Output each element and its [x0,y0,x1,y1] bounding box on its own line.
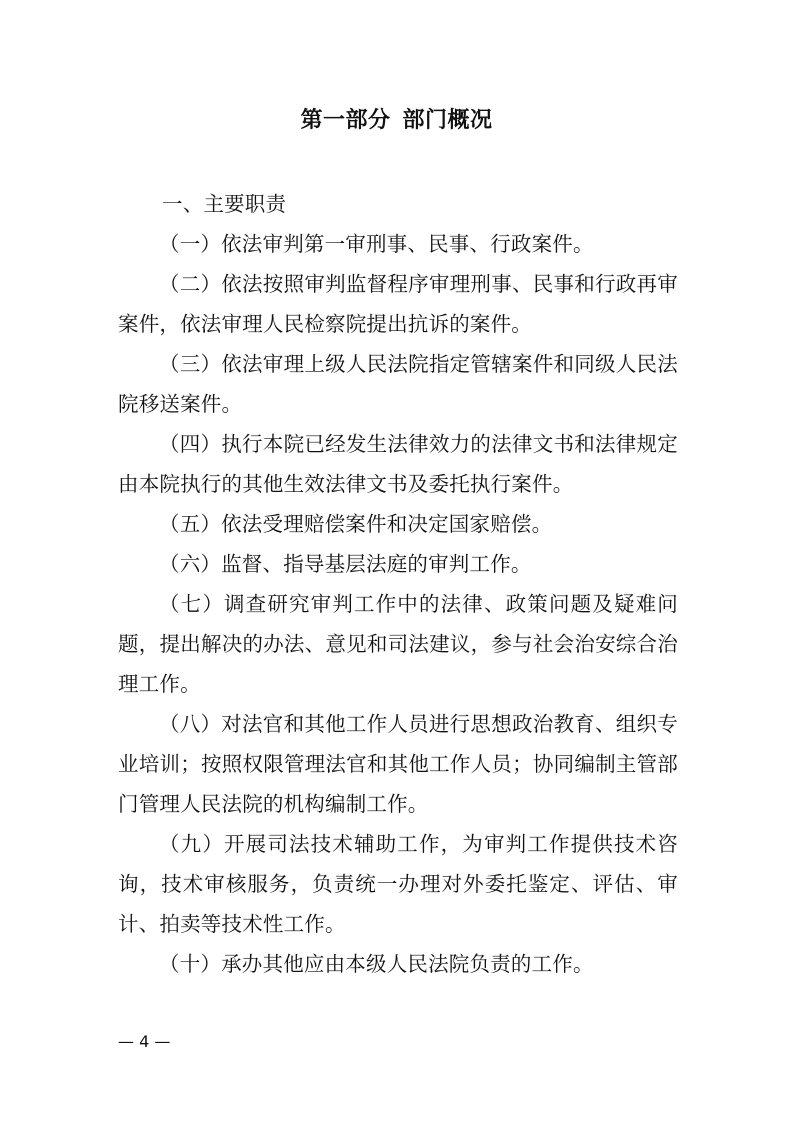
duty-item-1: （一）依法审判第一审刑事、民事、行政案件。 [118,224,678,264]
duty-item-3: （三）依法审理上级人民法院指定管辖案件和同级人民法院移送案件。 [118,344,678,424]
duty-item-2: （二）依法按照审判监督程序审理刑事、民事和行政再审案件，依法审理人民检察院提出抗… [118,264,678,344]
title-name: 部门概况 [403,107,493,133]
duty-item-5: （五）依法受理赔偿案件和决定国家赔偿。 [118,504,678,544]
duty-item-6: （六）监督、指导基层法庭的审判工作。 [118,544,678,584]
page-number: — 4 — [118,1030,170,1054]
title-part: 第一部分 [300,107,390,133]
duty-item-9: （九）开展司法技术辅助工作，为审判工作提供技术咨询，技术审核服务，负责统一办理对… [118,824,678,944]
duty-item-10: （十）承办其他应由本级人民法院负责的工作。 [118,944,678,984]
duty-item-7: （七）调查研究审判工作中的法律、政策问题及疑难问题，提出解决的办法、意见和司法建… [118,584,678,704]
duty-item-4: （四）执行本院已经发生法律效力的法律文书和法律规定由本院执行的其他生效法律文书及… [118,424,678,504]
page-title: 第一部分部门概况 [0,104,793,136]
duty-item-8: （八）对法官和其他工作人员进行思想政治教育、组织专业培训；按照权限管理法官和其他… [118,704,678,824]
document-body: 一、主要职责 （一）依法审判第一审刑事、民事、行政案件。 （二）依法按照审判监督… [118,184,678,984]
section-heading: 一、主要职责 [118,184,678,224]
